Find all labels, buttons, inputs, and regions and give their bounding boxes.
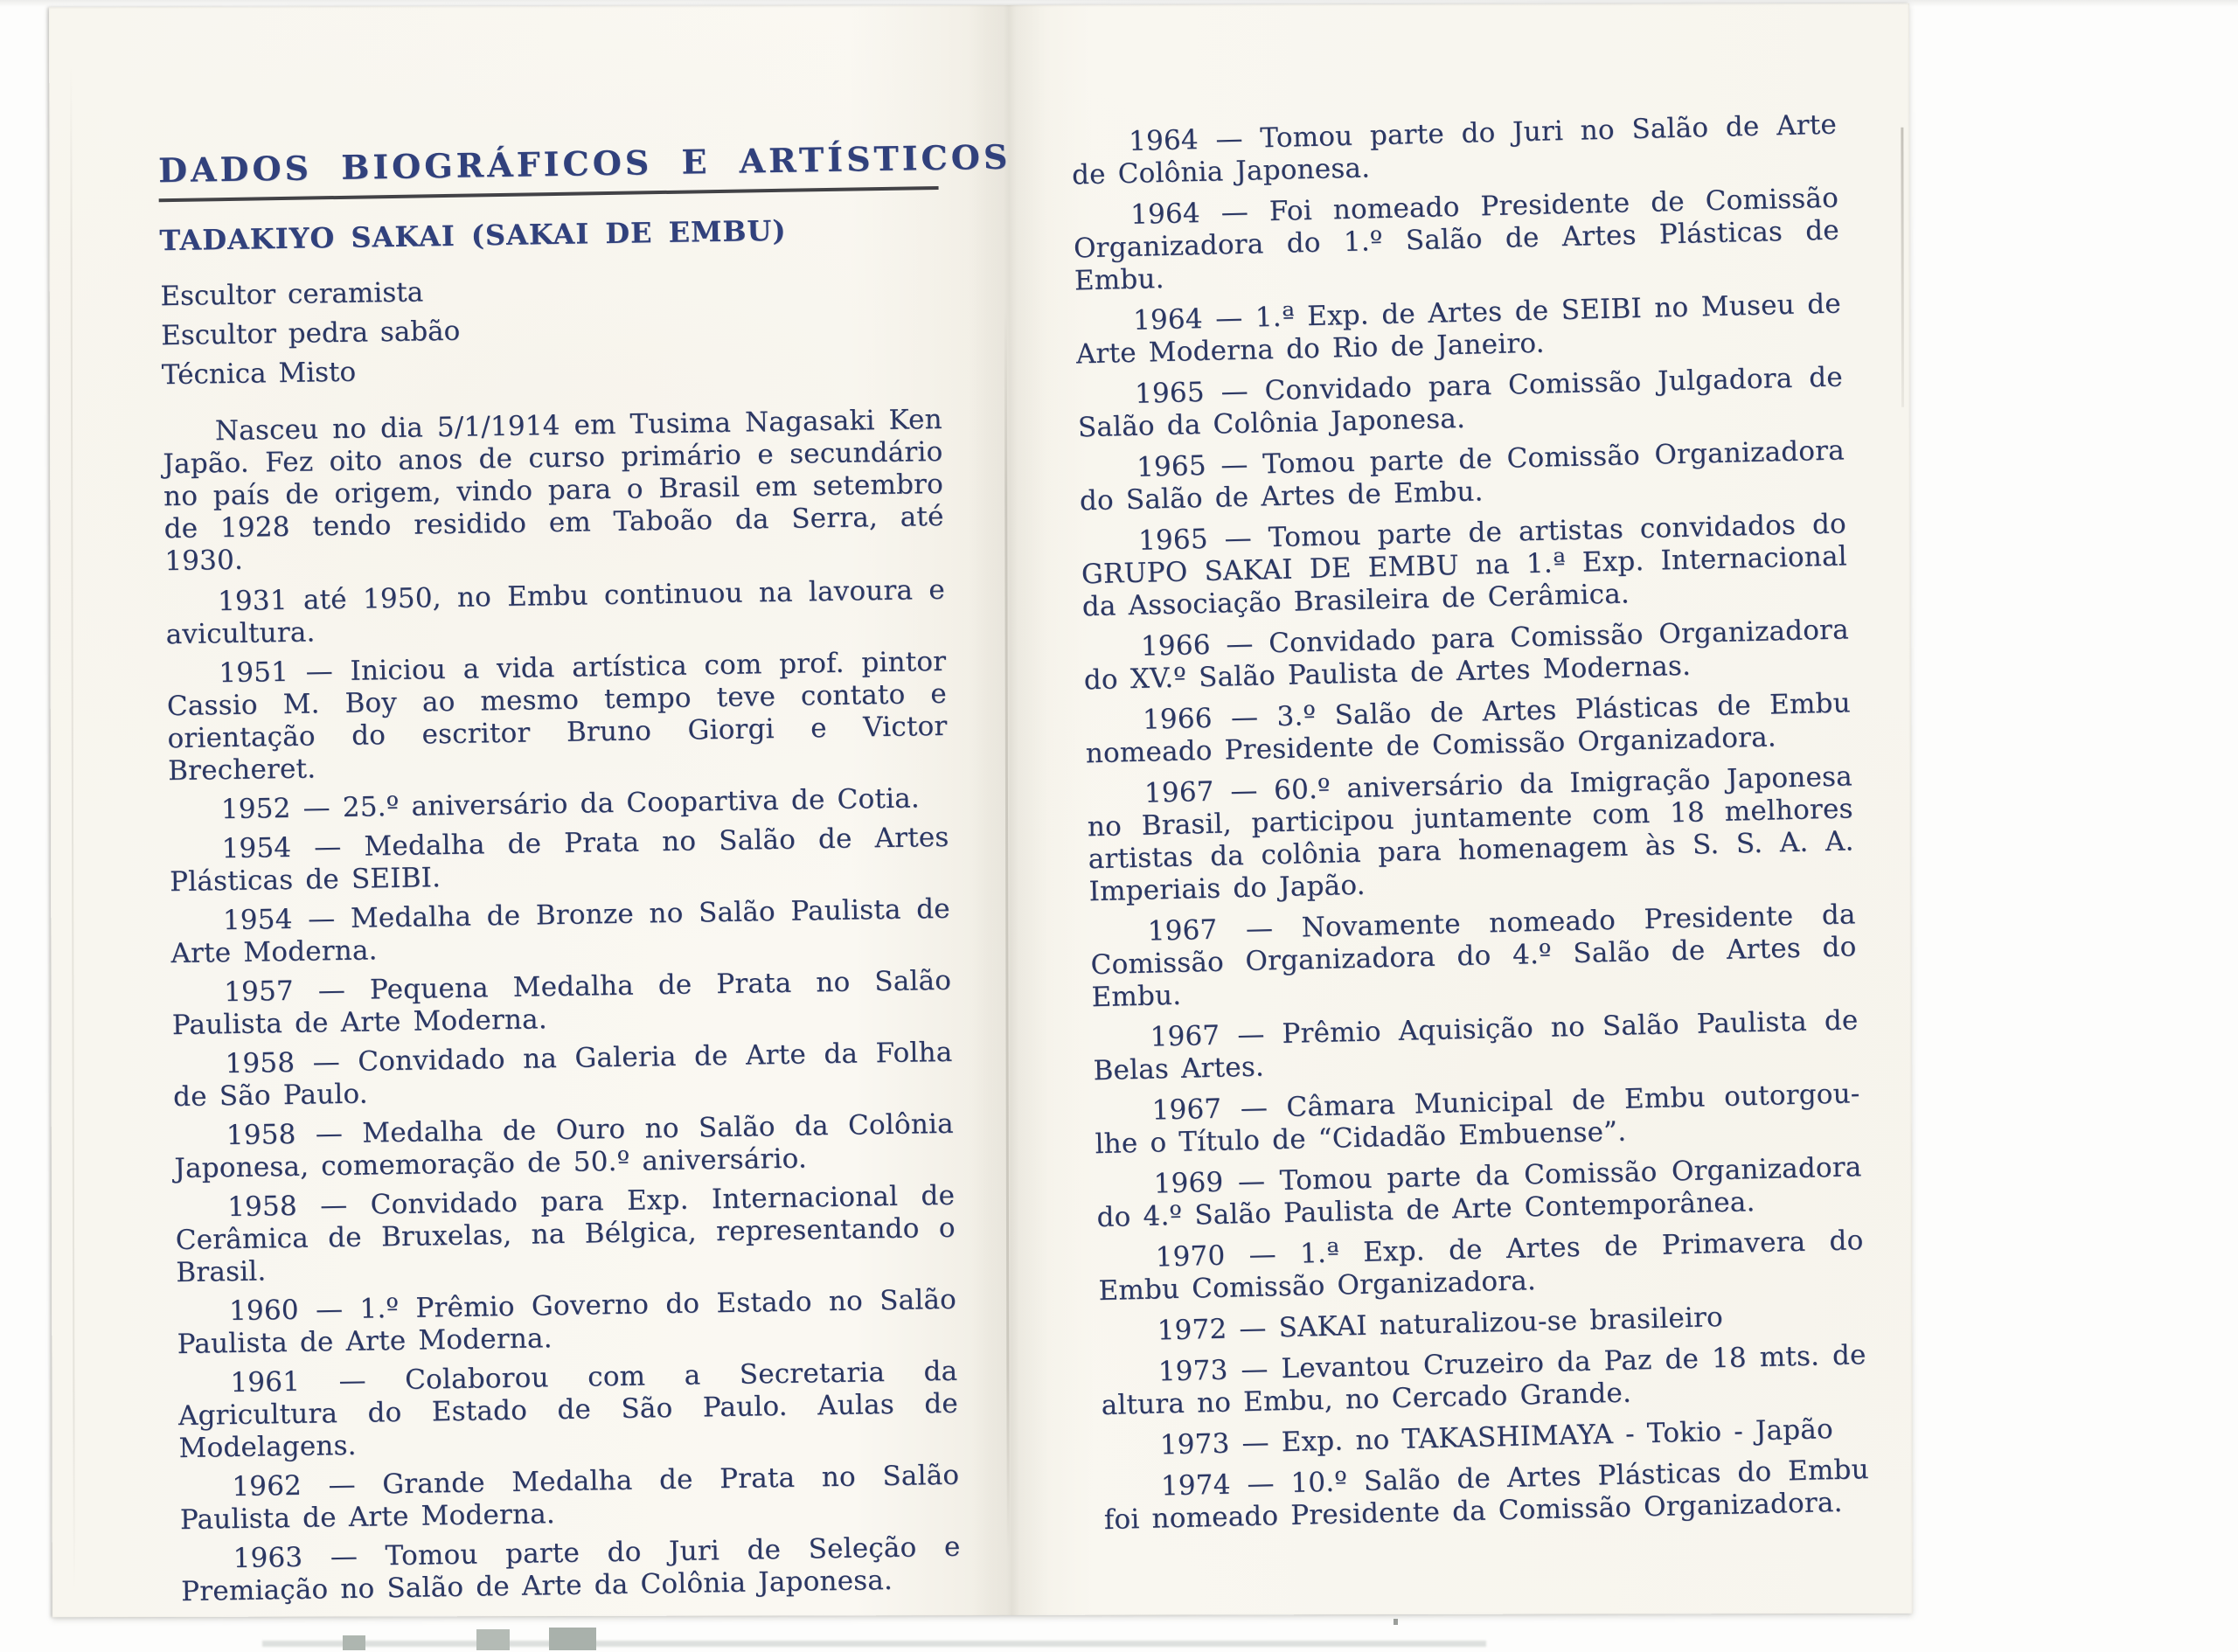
timeline-entry: 1951 — Iniciou a vida artística com prof… xyxy=(166,646,948,788)
artist-roles: Escultor ceramistaEscultor pedra sabãoTé… xyxy=(160,265,942,395)
right-page-edge xyxy=(1901,128,1904,407)
timeline-entry: 1958 — Convidado na Galeria de Arte da F… xyxy=(172,1037,953,1114)
timeline-entry: 1973 — Levantou Cruzeiro da Paz de 18 mt… xyxy=(1100,1339,1867,1422)
scan-artifact-mark xyxy=(549,1628,596,1650)
timeline-entry: 1965 — Tomou parte de Comissão Organizad… xyxy=(1079,434,1846,517)
timeline-entries-left: 1931 até 1950, no Embu continuou na lavo… xyxy=(165,574,962,1608)
timeline-entry: 1954 — Medalha de Prata no Salão de Arte… xyxy=(169,822,949,899)
scan-artifact-speck xyxy=(1394,1619,1398,1625)
timeline-entry: 1963 — Tomou parte do Juri de Seleção e … xyxy=(180,1531,961,1608)
timeline-entry: 1967 — Novamente nomeado Presidente da C… xyxy=(1089,899,1857,1014)
scanned-booklet: DADOS BIOGRÁFICOS E ARTÍSTICOS TADAKIYO … xyxy=(0,0,2238,1652)
timeline-entry: 1967 — 60.º aniversário da Imigração Jap… xyxy=(1087,760,1855,908)
timeline-entry: 1966 — Convidado para Comissão Organizad… xyxy=(1083,614,1851,697)
timeline-entry: 1952 — 25.º aniversário da Coopartiva de… xyxy=(169,782,949,827)
timeline-entry: 1966 — 3.º Salão de Artes Plásticas de E… xyxy=(1085,687,1852,770)
timeline-entry: 1961 — Colaborou com a Secretaria da Agr… xyxy=(177,1356,959,1465)
artist-name-heading: TADAKIYO SAKAI (SAKAI DE EMBU) xyxy=(159,211,940,258)
page-title: DADOS BIOGRÁFICOS E ARTÍSTICOS xyxy=(158,138,939,191)
timeline-entry: 1965 — Tomou parte de artistas convidado… xyxy=(1081,508,1848,623)
timeline-entry: 1964 — 1.ª Exp. de Artes de SEIBI no Mus… xyxy=(1075,288,1843,371)
timeline-entry: 1964 — Tomou parte do Juri no Salão de A… xyxy=(1071,109,1838,192)
scan-artifact-bottom-strip xyxy=(262,1641,1486,1647)
timeline-entry: 1974 — 10.º Salão de Artes Plásticas do … xyxy=(1103,1454,1871,1537)
timeline-entry: 1931 até 1950, no Embu continuou na lavo… xyxy=(165,574,946,651)
timeline-entry: 1954 — Medalha de Bronze no Salão Paulis… xyxy=(170,893,951,970)
timeline-entry: 1969 — Tomou parte da Comissão Organizad… xyxy=(1095,1151,1863,1234)
timeline-entries-right: 1964 — Tomou parte do Juri no Salão de A… xyxy=(1071,109,1870,1537)
scan-artifact-mark xyxy=(343,1635,365,1650)
timeline-entry: 1958 — Convidado para Exp. Internacional… xyxy=(175,1180,956,1289)
timeline-entry: 1958 — Medalha de Ouro no Salão da Colôn… xyxy=(174,1108,955,1185)
booklet-spread-paper: DADOS BIOGRÁFICOS E ARTÍSTICOS TADAKIYO … xyxy=(49,3,1913,1617)
right-page: 1964 — Tomou parte do Juri no Salão de A… xyxy=(1071,109,1871,1545)
scan-artifact-mark xyxy=(476,1629,510,1650)
timeline-entry: 1967 — Câmara Municipal de Embu outorgou… xyxy=(1094,1078,1861,1161)
timeline-entry: 1962 — Grande Medalha de Prata no Salão … xyxy=(179,1460,960,1537)
timeline-entry: 1957 — Pequena Medalha de Prata no Salão… xyxy=(171,965,952,1042)
timeline-entry: 1970 — 1.ª Exp. de Artes de Primavera do… xyxy=(1097,1225,1865,1308)
timeline-entry: 1965 — Convidado para Comissão Julgadora… xyxy=(1077,362,1845,445)
timeline-entry: 1964 — Foi nomeado Presidente de Comissã… xyxy=(1073,183,1840,298)
biography-intro-paragraph: Nasceu no dia 5/1/1914 em Tusima Nagasak… xyxy=(163,404,945,578)
left-page: DADOS BIOGRÁFICOS E ARTÍSTICOS TADAKIYO … xyxy=(158,138,962,1615)
timeline-entry: 1960 — 1.º Prêmio Governo do Estado no S… xyxy=(177,1284,957,1361)
timeline-entry: 1967 — Prêmio Aquisição no Salão Paulist… xyxy=(1092,1004,1859,1087)
